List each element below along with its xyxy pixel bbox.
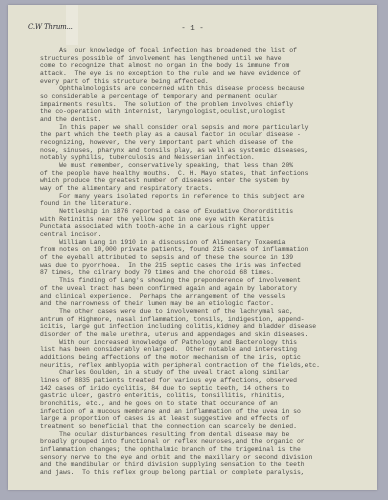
text-line: notably syphilis, tuberculosis and Neiss… (40, 154, 375, 162)
text-line: This finding of Lang's showing the prepo… (40, 277, 375, 285)
text-line: and the dentist. (40, 116, 375, 124)
page-number: - 1 - (8, 25, 377, 33)
text-line: sensory nerve to the eye and orbit and t… (40, 454, 375, 462)
text-line: central incisor. (40, 231, 375, 239)
text-line: inflammation changes; the ophthalmic bra… (40, 446, 375, 454)
text-line: bronchitis, etc., and he goes on to stat… (40, 400, 375, 408)
text-line: large a proportion of cases is at least … (40, 415, 375, 423)
text-line: broadly grouped into functional or refle… (40, 438, 375, 446)
text-line: The ocular disturbances resulting from d… (40, 431, 375, 439)
text-line: lines of 8835 patients treated for vario… (40, 377, 375, 385)
text-line: attack. The eye is no exception to the r… (40, 70, 375, 78)
text-line: so considerable a percentage of temporar… (40, 93, 375, 101)
text-line: 87 times, the cilrary body 79 times and … (40, 269, 375, 277)
text-line: infection of a mucous membrane and an in… (40, 408, 375, 416)
text-line: William Lang in 1910 in a discussion of … (40, 239, 375, 247)
text-line: Nettleship in 1876 reported a case of Ex… (40, 208, 375, 216)
typewritten-body: As our knowledge of focal infection has … (40, 47, 375, 477)
text-line: With our increased knowledge of Patholog… (40, 339, 375, 347)
text-line: and the mandibular or third division sup… (40, 461, 375, 469)
text-line: treatment so beneficial that the connect… (40, 423, 375, 431)
text-line: and the narrowness of their lumen may be… (40, 300, 375, 308)
text-line: nose, sinuses, pharynx and tonsils play,… (40, 147, 375, 155)
text-line: way of the alimentary and respiratory tr… (40, 185, 375, 193)
text-line: which produce the greatest number of dis… (40, 177, 375, 185)
text-line: and jaws. To this reflex group belong pa… (40, 469, 375, 477)
text-line: icitis, large gut infection including co… (40, 323, 375, 331)
text-line: In this paper we shall consider oral sep… (40, 124, 375, 132)
text-line: impairments results. The solution of the… (40, 101, 375, 109)
text-line: gastric ulcer, gastro enteritis, colitis… (40, 392, 375, 400)
text-line: antrum of Highmore, nasal inflammation, … (40, 316, 375, 324)
text-line: from notes on 10,000 private patients, f… (40, 246, 375, 254)
text-line: every part of this structure being affec… (40, 78, 375, 86)
text-line: Charles Goulden, in a study of the uveal… (40, 369, 375, 377)
text-line: Punctata associated with tooth-ache in a… (40, 223, 375, 231)
text-line: recognizing, however, the very important… (40, 139, 375, 147)
text-line: We must remember, conservatively speakin… (40, 162, 375, 170)
text-line: of the uveal tract has been confirmed ag… (40, 285, 375, 293)
text-line: with Retinitis near the yellow spot in o… (40, 216, 375, 224)
text-line: the co-operation with internist, laryngo… (40, 108, 375, 116)
text-line: was due to pyorrhoea. In the 215 septic … (40, 262, 375, 270)
text-line: For many years isolated reports in refer… (40, 193, 375, 201)
text-line: the part which the teeth play as a causa… (40, 131, 375, 139)
text-line: disorder of the male urethra, uterus and… (40, 331, 375, 339)
text-line: additions being affections of the motor … (40, 354, 375, 362)
text-line: of the eyeball attributed to sepsis and … (40, 254, 375, 262)
text-line: As our knowledge of focal infection has … (40, 47, 375, 55)
text-line: Ophthalmologists are concerned with this… (40, 85, 375, 93)
text-line: and clinical experience. Perhaps the arr… (40, 293, 375, 301)
text-line: come to recognize that almost no organ i… (40, 62, 375, 70)
text-line: found in the literature. (40, 200, 375, 208)
document-page: C.W Thrum... - 1 - As our knowledge of f… (8, 5, 377, 490)
text-line: The other cases were due to involvement … (40, 308, 375, 316)
text-line: neuritis, reflex amblyopia with peripher… (40, 362, 375, 370)
text-line: 142 cases of irido cyclitis, 84 due to s… (40, 385, 375, 393)
text-line: of the people have healthy mouths. C. H.… (40, 170, 375, 178)
text-line: list has been considerably enlarged. Oth… (40, 346, 375, 354)
text-line: structures possible of involvement has l… (40, 55, 375, 63)
